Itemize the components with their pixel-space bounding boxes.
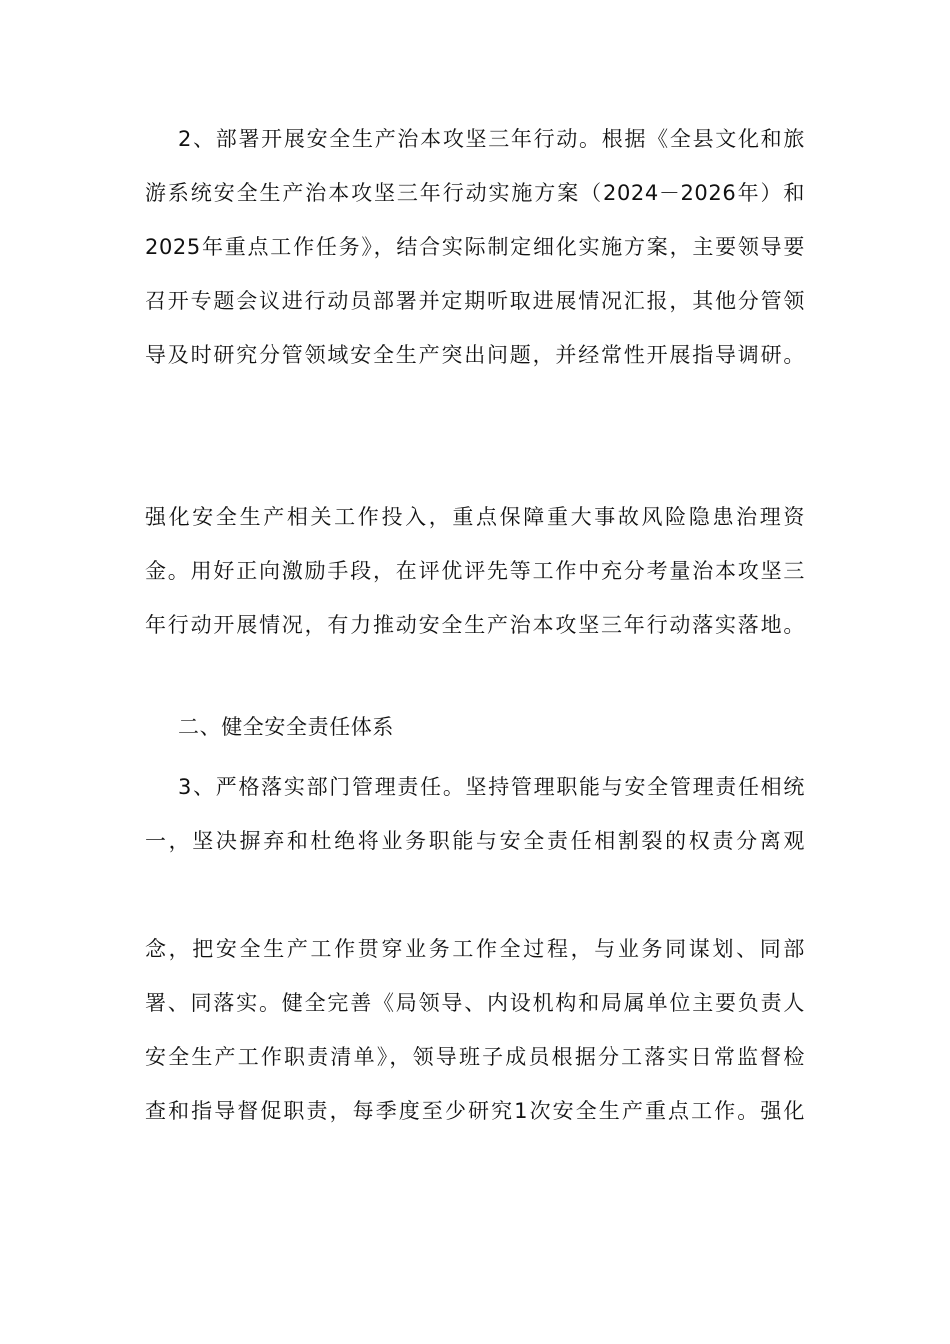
paragraph-line: 金。用好正向激励手段，在评优评先等工作中充分考量治本攻坚三	[145, 557, 805, 585]
paragraph-line: 念，把安全生产工作贯穿业务工作全过程，与业务同谋划、同部	[145, 935, 805, 963]
section-heading: 二、健全安全责任体系	[178, 713, 805, 741]
paragraph-line: 游系统安全生产治本攻坚三年行动实施方案（2024－2026年）和	[145, 179, 805, 207]
paragraph-line: 年行动开展情况，有力推动安全生产治本攻坚三年行动落实落地。	[145, 611, 805, 639]
paragraph-line: 一，坚决摒弃和杜绝将业务职能与安全责任相割裂的权责分离观	[145, 827, 805, 855]
paragraph-line: 安全生产工作职责清单》，领导班子成员根据分工落实日常监督检	[145, 1043, 805, 1071]
paragraph-line: 署、同落实。健全完善《局领导、内设机构和局属单位主要负责人	[145, 989, 805, 1017]
paragraph-line: 召开专题会议进行动员部署并定期听取进展情况汇报，其他分管领	[145, 287, 805, 315]
paragraph-line: 2025年重点工作任务》，结合实际制定细化实施方案，主要领导要	[145, 233, 805, 261]
paragraph-line: 2、部署开展安全生产治本攻坚三年行动。根据《全县文化和旅	[178, 125, 805, 153]
paragraph-line: 导及时研究分管领域安全生产突出问题，并经常性开展指导调研。	[145, 341, 805, 369]
paragraph-line: 3、严格落实部门管理责任。坚持管理职能与安全管理责任相统	[178, 773, 805, 801]
paragraph-line: 强化安全生产相关工作投入，重点保障重大事故风险隐患治理资	[145, 503, 805, 531]
paragraph-line: 查和指导督促职责，每季度至少研究1次安全生产重点工作。强化	[145, 1097, 805, 1125]
document-page: 2、部署开展安全生产治本攻坚三年行动。根据《全县文化和旅 游系统安全生产治本攻坚…	[0, 0, 950, 1344]
